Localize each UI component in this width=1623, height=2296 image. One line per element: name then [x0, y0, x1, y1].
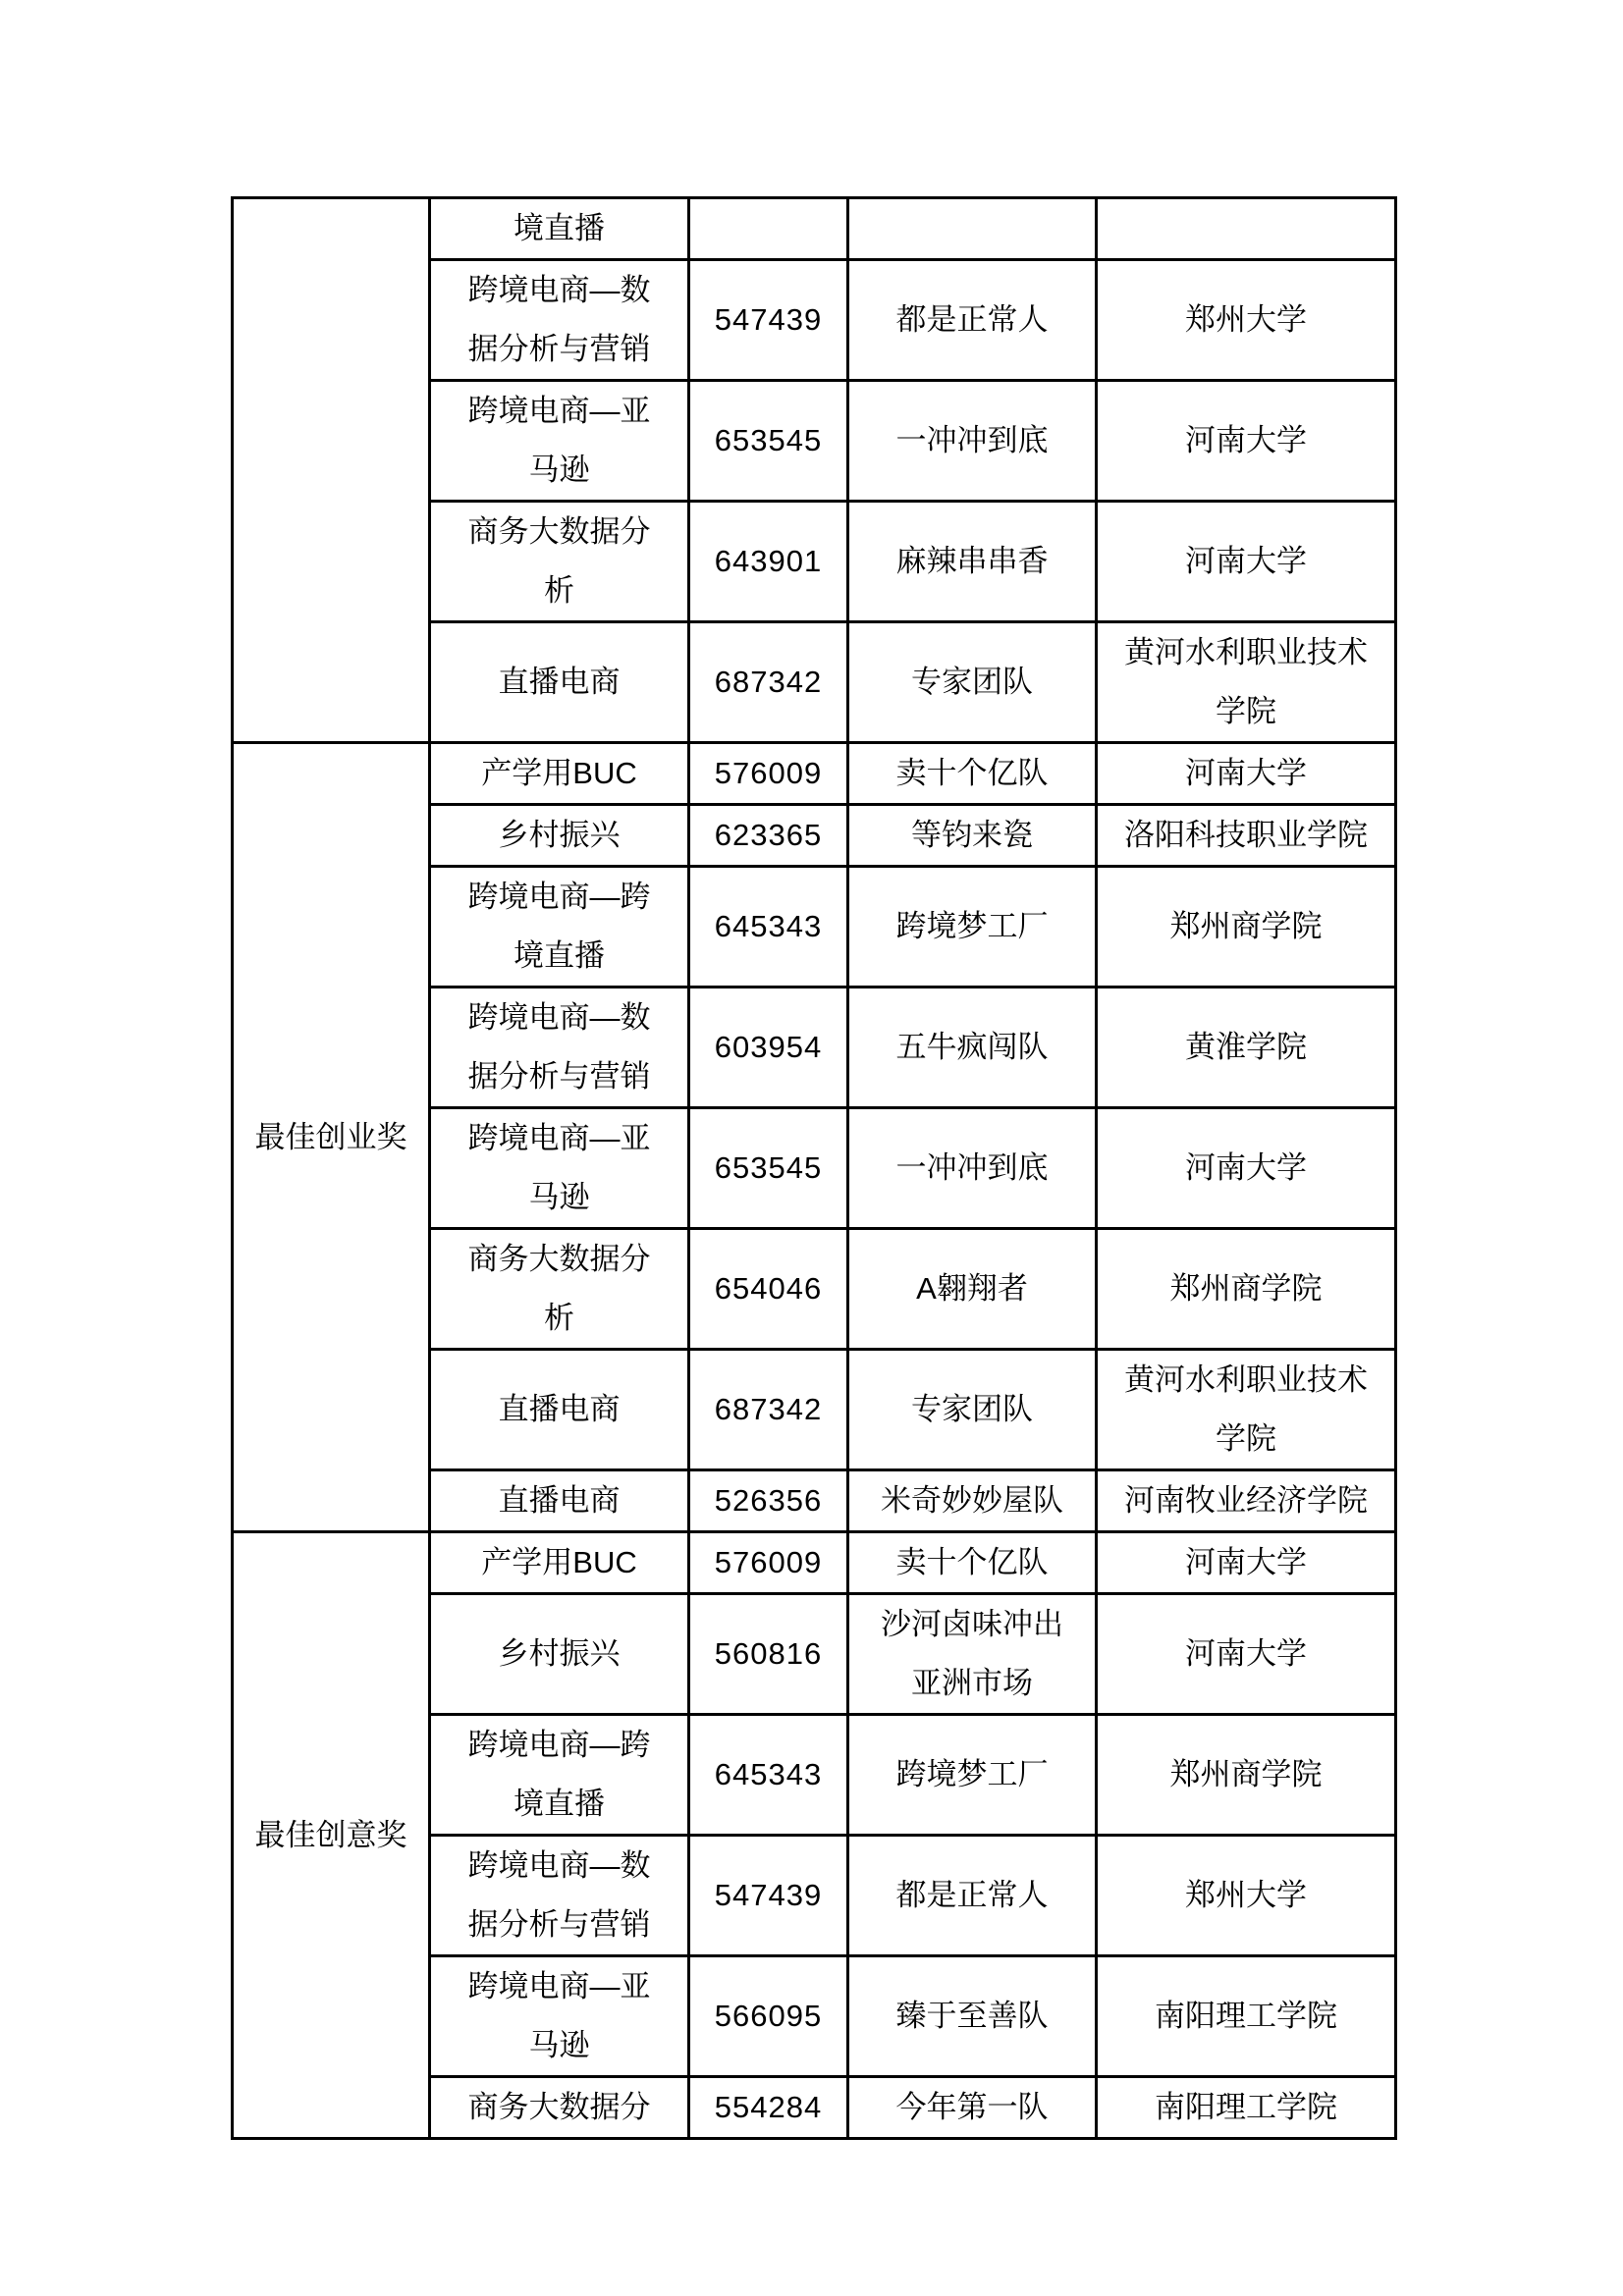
- track-cell: 跨境电商—亚 马逊: [430, 1108, 689, 1229]
- school-cell: 河南大学: [1097, 1108, 1396, 1229]
- track-cell: 跨境电商—亚 马逊: [430, 381, 689, 502]
- track-cell: 跨境电商—跨 境直播: [430, 867, 689, 988]
- team-cell: 沙河卤味冲出 亚洲市场: [848, 1594, 1097, 1715]
- award-cell: 最佳创意奖: [233, 1532, 430, 2139]
- table-row: 最佳创业奖产学用BUC576009卖十个亿队河南大学: [233, 743, 1396, 805]
- school-cell: 河南大学: [1097, 381, 1396, 502]
- number-cell: 576009: [689, 743, 848, 805]
- number-cell: 547439: [689, 260, 848, 381]
- school-cell: 河南大学: [1097, 1594, 1396, 1715]
- number-cell: 653545: [689, 381, 848, 502]
- school-cell: 郑州商学院: [1097, 867, 1396, 988]
- track-cell: 跨境电商—数 据分析与营销: [430, 988, 689, 1108]
- team-cell: 一冲冲到底: [848, 1108, 1097, 1229]
- number-cell: 547439: [689, 1836, 848, 1956]
- track-cell: 直播电商: [430, 622, 689, 743]
- team-cell: 专家团队: [848, 622, 1097, 743]
- number-cell: 623365: [689, 805, 848, 867]
- school-cell: 洛阳科技职业学院: [1097, 805, 1396, 867]
- award-cell: 最佳创业奖: [233, 743, 430, 1532]
- team-cell: 五牛疯闯队: [848, 988, 1097, 1108]
- school-cell: 郑州商学院: [1097, 1229, 1396, 1350]
- track-cell: 直播电商: [430, 1470, 689, 1532]
- school-cell: 黄河水利职业技术 学院: [1097, 1350, 1396, 1470]
- team-cell: 都是正常人: [848, 260, 1097, 381]
- number-cell: 603954: [689, 988, 848, 1108]
- school-cell: 黄淮学院: [1097, 988, 1396, 1108]
- number-cell: [689, 198, 848, 260]
- team-cell: 卖十个亿队: [848, 743, 1097, 805]
- track-cell: 商务大数据分: [430, 2077, 689, 2139]
- team-cell: 跨境梦工厂: [848, 867, 1097, 988]
- team-cell: 等钧来瓷: [848, 805, 1097, 867]
- number-cell: 566095: [689, 1956, 848, 2077]
- school-cell: 河南大学: [1097, 1532, 1396, 1594]
- track-cell: 乡村振兴: [430, 805, 689, 867]
- school-cell: 黄河水利职业技术 学院: [1097, 622, 1396, 743]
- awards-table-body: 境直播跨境电商—数 据分析与营销547439都是正常人郑州大学跨境电商—亚 马逊…: [233, 198, 1396, 2139]
- school-cell: 南阳理工学院: [1097, 1956, 1396, 2077]
- team-cell: 卖十个亿队: [848, 1532, 1097, 1594]
- team-cell: 臻于至善队: [848, 1956, 1097, 2077]
- track-cell: 商务大数据分 析: [430, 502, 689, 622]
- team-cell: 跨境梦工厂: [848, 1715, 1097, 1836]
- number-cell: 645343: [689, 867, 848, 988]
- team-cell: 一冲冲到底: [848, 381, 1097, 502]
- track-cell: 产学用BUC: [430, 743, 689, 805]
- school-cell: 郑州商学院: [1097, 1715, 1396, 1836]
- number-cell: 687342: [689, 1350, 848, 1470]
- school-cell: 河南大学: [1097, 743, 1396, 805]
- number-cell: 654046: [689, 1229, 848, 1350]
- award-cell: [233, 198, 430, 743]
- school-cell: [1097, 198, 1396, 260]
- team-cell: 专家团队: [848, 1350, 1097, 1470]
- team-cell: 麻辣串串香: [848, 502, 1097, 622]
- team-cell: 米奇妙妙屋队: [848, 1470, 1097, 1532]
- team-cell: 都是正常人: [848, 1836, 1097, 1956]
- school-cell: 郑州大学: [1097, 260, 1396, 381]
- track-cell: 直播电商: [430, 1350, 689, 1470]
- track-cell: 跨境电商—数 据分析与营销: [430, 1836, 689, 1956]
- number-cell: 554284: [689, 2077, 848, 2139]
- number-cell: 643901: [689, 502, 848, 622]
- school-cell: 河南牧业经济学院: [1097, 1470, 1396, 1532]
- track-cell: 乡村振兴: [430, 1594, 689, 1715]
- number-cell: 576009: [689, 1532, 848, 1594]
- school-cell: 河南大学: [1097, 502, 1396, 622]
- track-cell: 境直播: [430, 198, 689, 260]
- table-row: 境直播: [233, 198, 1396, 260]
- number-cell: 560816: [689, 1594, 848, 1715]
- school-cell: 南阳理工学院: [1097, 2077, 1396, 2139]
- number-cell: 653545: [689, 1108, 848, 1229]
- awards-table: 境直播跨境电商—数 据分析与营销547439都是正常人郑州大学跨境电商—亚 马逊…: [231, 196, 1397, 2140]
- number-cell: 687342: [689, 622, 848, 743]
- team-cell: [848, 198, 1097, 260]
- document-page: 境直播跨境电商—数 据分析与营销547439都是正常人郑州大学跨境电商—亚 马逊…: [0, 0, 1623, 2296]
- number-cell: 526356: [689, 1470, 848, 1532]
- number-cell: 645343: [689, 1715, 848, 1836]
- school-cell: 郑州大学: [1097, 1836, 1396, 1956]
- track-cell: 跨境电商—亚 马逊: [430, 1956, 689, 2077]
- table-row: 最佳创意奖产学用BUC576009卖十个亿队河南大学: [233, 1532, 1396, 1594]
- team-cell: 今年第一队: [848, 2077, 1097, 2139]
- team-cell: A翱翔者: [848, 1229, 1097, 1350]
- track-cell: 跨境电商—跨 境直播: [430, 1715, 689, 1836]
- track-cell: 产学用BUC: [430, 1532, 689, 1594]
- track-cell: 跨境电商—数 据分析与营销: [430, 260, 689, 381]
- track-cell: 商务大数据分 析: [430, 1229, 689, 1350]
